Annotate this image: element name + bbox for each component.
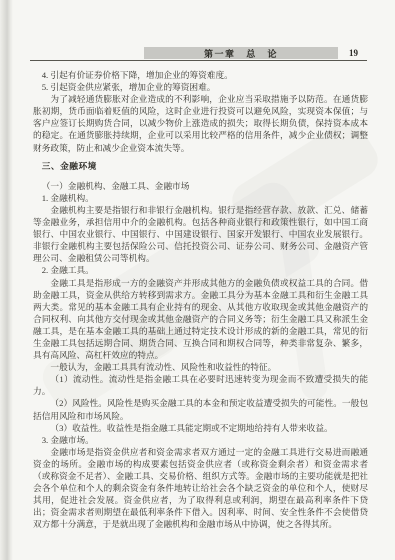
paragraph-12: （2）风险性。风险性是购买金融工具的本金和预定收益遭受损失的可能性。一般包括信用… xyxy=(33,397,368,421)
page-edge-shadow xyxy=(0,0,13,560)
paragraph-3: 为了减轻通货膨胀对企业造成的不利影响，企业应当采取措施予以防范。在通货膨胀初期，… xyxy=(33,93,368,153)
section-heading: 三、金融环境 xyxy=(33,160,368,172)
paragraph-7: 金融机构主要是指银行和非银行金融机构。银行是指经营存款、放款、汇兑、储蓄等金融业… xyxy=(33,204,368,264)
paragraph-9: 金融工具是指形成一方的金融资产并形成其他方的金融负债或权益工具的合同。借助金融工… xyxy=(33,277,368,362)
paragraph-15: 金融市场是指资金供应者和资金需求者双方通过一定的金融工具进行交易进而融通资金的场… xyxy=(33,446,368,531)
paragraph-8: 2. 金融工具。 xyxy=(33,264,368,276)
paragraph-14: 3. 金融市场。 xyxy=(33,434,368,446)
paragraph-5: （一）金融机构、金融工具、金融市场 xyxy=(33,180,368,192)
chapter-title-bar: 第一章 总 论 xyxy=(144,47,338,59)
page-number: 19 xyxy=(349,48,358,58)
paragraph-6: 1. 金融机构。 xyxy=(33,192,368,204)
body-text: 4. 引起有价证券价格下降，增加企业的筹资难度。5. 引起资金供应紧张，增加企业… xyxy=(33,69,368,530)
paragraph-11: （1）流动性。流动性是指金融工具在必要时迅速转变为现金而不致遭受损失的能力。 xyxy=(33,373,368,397)
paragraph-10: 一般认为，金融工具具有流动性、风险性和收益性的特征。 xyxy=(33,361,368,373)
paragraph-13: （3）收益性。收益性是指金融工具能定期或不定期地给持有人带来收益。 xyxy=(33,422,368,434)
page-header: 第一章 总 论 19 xyxy=(30,47,367,61)
book-page: 第一章 总 论 19 4. 引起有价证券价格下降，增加企业的筹资难度。5. 引起… xyxy=(0,0,395,560)
paragraph-2: 5. 引起资金供应紧张，增加企业的筹资困难。 xyxy=(33,81,368,93)
paragraph-1: 4. 引起有价证券价格下降，增加企业的筹资难度。 xyxy=(33,69,368,81)
